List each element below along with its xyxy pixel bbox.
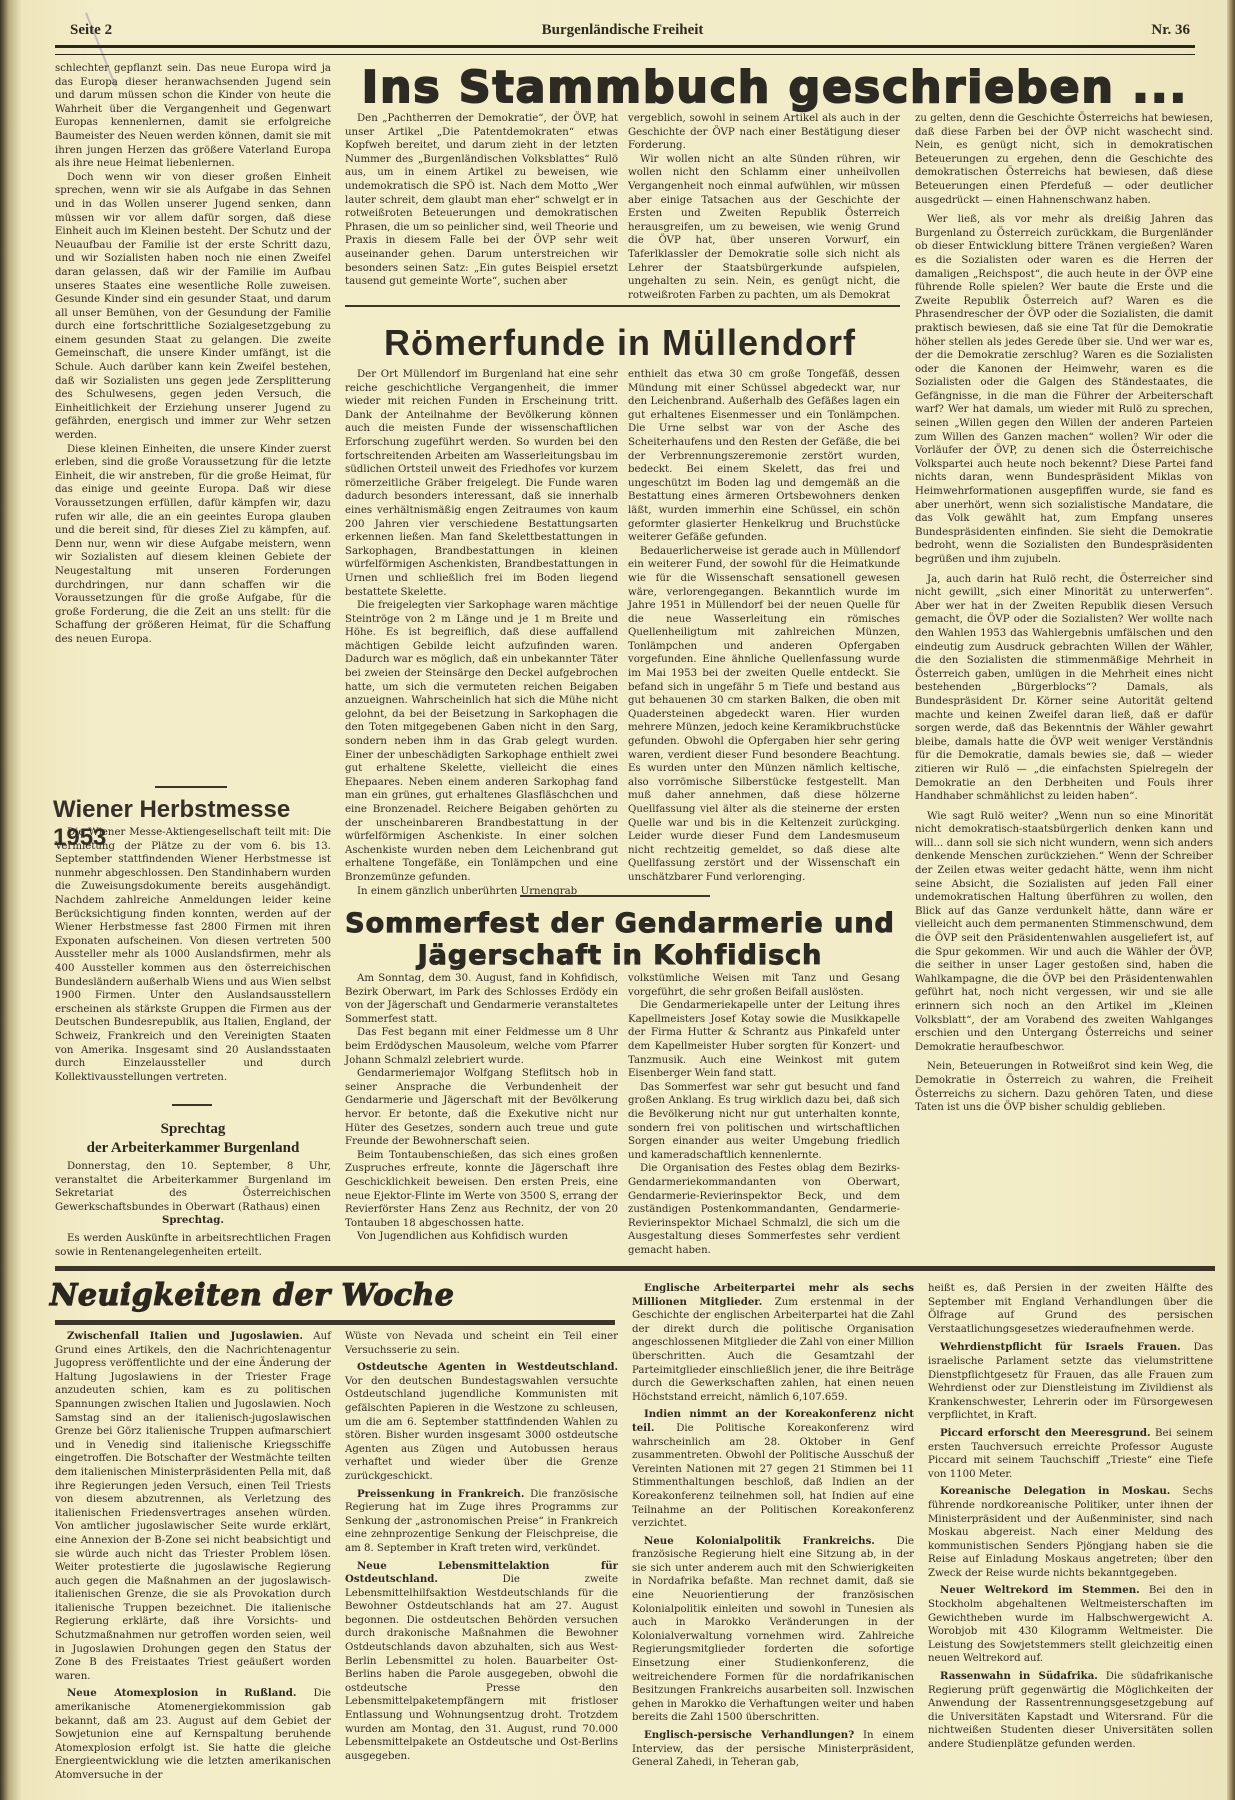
news-item: heißt es, daß Persien in der zweiten Häl… bbox=[928, 1282, 1213, 1336]
separator bbox=[345, 305, 900, 307]
newspaper-title: Burgenländische Freiheit bbox=[55, 22, 1190, 39]
article-paragraph: Den „Pachtherren der Demokratie“, der ÖV… bbox=[345, 112, 618, 289]
article-paragraph: Wir wollen nicht an alte Sünden rühren, … bbox=[628, 153, 900, 303]
roemer-headline: Römerfunde in Müllendorf bbox=[340, 322, 900, 364]
article-paragraph: Wer ließ, als vor mehr als dreißig Jahre… bbox=[915, 213, 1213, 566]
separator bbox=[520, 895, 710, 897]
news-lead: Preissenkung in Frankreich. bbox=[357, 1488, 524, 1500]
article-paragraph: Ja, auch darin hat Rulö recht, die Öster… bbox=[915, 573, 1213, 804]
news-item: Englische Arbeiterpartei mehr als sechs … bbox=[632, 1282, 914, 1404]
news-text: Auf Grund eines Artikels, den die Nachri… bbox=[55, 1331, 331, 1682]
newspaper-page: Seite 2 Burgenländische Freiheit Nr. 36 … bbox=[0, 0, 1235, 1800]
wiener-article: Die Wiener Messe-Aktiengesellschaft teil… bbox=[55, 826, 331, 1084]
article-paragraph: zu gelten, denn die Geschichte Österreic… bbox=[915, 112, 1213, 207]
sprechtag-emphasis: Sprechtag. bbox=[55, 1214, 331, 1228]
article-paragraph: Nein, Beteuerungen in Rotweißrot sind ke… bbox=[915, 1060, 1213, 1114]
news-lead: Englisch-persische Verhandlungen? bbox=[644, 1729, 854, 1741]
news-item: Englisch-persische Verhandlungen? In ein… bbox=[632, 1729, 914, 1770]
masthead-rule bbox=[55, 45, 1195, 55]
news-item: Zwischenfall Italien und Jugoslawien. Au… bbox=[55, 1330, 331, 1683]
binding-edge bbox=[0, 0, 22, 1800]
news-item: Neue Lebensmittelaktion für Ostdeutschla… bbox=[345, 1560, 618, 1764]
news-lead: Zwischenfall Italien und Jugoslawien. bbox=[67, 1330, 303, 1342]
news-text: Wüste von Nevada und scheint ein Teil ei… bbox=[345, 1331, 618, 1356]
news-item: Ostdeutsche Agenten in Westdeutschland. … bbox=[345, 1361, 618, 1483]
news-lead: Neuer Weltrekord im Stemmen. bbox=[940, 1584, 1140, 1596]
news-item: Neue Atomexplosion in Rußland. Die ameri… bbox=[55, 1687, 331, 1782]
separator bbox=[155, 786, 227, 788]
article-paragraph: Es werden Auskünfte in arbeitsrechtliche… bbox=[55, 1232, 331, 1259]
roemer-col-2: enthielt das etwa 30 cm große Tongefäß, … bbox=[628, 368, 900, 885]
news-item: Wüste von Nevada und scheint ein Teil ei… bbox=[345, 1330, 618, 1357]
neuigkeiten-col-3: Englische Arbeiterpartei mehr als sechs … bbox=[632, 1282, 914, 1770]
news-lead: Piccard erforscht den Meeresgrund. bbox=[940, 1427, 1151, 1439]
news-text: Die amerikanische Atomenergiekommission … bbox=[55, 1688, 331, 1781]
article-paragraph: Diese kleinen Einheiten, die unsere Kind… bbox=[55, 443, 331, 647]
article-paragraph: Bedauerlicherweise ist gerade auch in Mü… bbox=[628, 545, 900, 885]
news-item: Koreanische Delegation in Moskau. Sechs … bbox=[928, 1485, 1213, 1580]
section-rule bbox=[55, 1266, 1215, 1271]
article-paragraph: Der Ort Müllendorf im Burgenland hat ein… bbox=[345, 368, 618, 599]
news-text: Die französische Regierung hielt eine Si… bbox=[632, 1536, 914, 1724]
article-paragraph: Die Gendarmeriekapelle unter der Leitung… bbox=[628, 999, 900, 1081]
article-paragraph: Donnerstag, den 10. September, 8 Uhr, ve… bbox=[55, 1160, 331, 1214]
neuigkeiten-col-4: heißt es, daß Persien in der zweiten Häl… bbox=[928, 1282, 1213, 1752]
article-paragraph: enthielt das etwa 30 cm große Tongefäß, … bbox=[628, 368, 900, 545]
article-paragraph: Das Sommerfest war sehr gut besucht und … bbox=[628, 1081, 900, 1163]
roemer-col-1: Der Ort Müllendorf im Burgenland hat ein… bbox=[345, 368, 618, 898]
news-text: Zum erstenmal in der Geschichte der engl… bbox=[632, 1297, 914, 1403]
article-paragraph: Das Fest begann mit einer Feldmesse um 8… bbox=[345, 1026, 618, 1067]
article-paragraph: Beim Tontaubenschießen, das sich eines g… bbox=[345, 1149, 618, 1231]
stammbuch-col-1: Den „Pachtherren der Demokratie“, der ÖV… bbox=[345, 112, 618, 289]
article-paragraph: vergeblich, sowohl in seinem Artikel als… bbox=[628, 112, 900, 153]
neuigkeiten-col-1: Zwischenfall Italien und Jugoslawien. Au… bbox=[55, 1330, 331, 1783]
news-item: Neue Kolonialpolitik Frankreichs. Die fr… bbox=[632, 1535, 914, 1725]
section-rule bbox=[55, 1320, 615, 1325]
europa-article: schlechter gepflanzt sein. Das neue Euro… bbox=[55, 62, 331, 647]
article-paragraph: Wie sagt Rulö weiter? „Wenn nun so eine … bbox=[915, 810, 1213, 1055]
news-text: Die südafrikanische Regierung prüft gege… bbox=[928, 1671, 1213, 1750]
news-lead: Rassenwahn in Südafrika. bbox=[940, 1670, 1098, 1682]
masthead: Seite 2 Burgenländische Freiheit Nr. 36 bbox=[55, 22, 1190, 42]
sprechtag-headline: Sprechtag bbox=[53, 1121, 333, 1138]
news-text: Das israelische Parlament setzte das vie… bbox=[928, 1342, 1213, 1421]
news-lead: Wehrdienstpflicht für Israels Frauen. bbox=[940, 1341, 1181, 1353]
separator bbox=[172, 1104, 212, 1106]
issue-number: Nr. 36 bbox=[1151, 22, 1190, 39]
article-paragraph: Die Organisation des Festes oblag dem Be… bbox=[628, 1162, 900, 1257]
article-paragraph: Die freigelegten vier Sarkophage waren m… bbox=[345, 599, 618, 884]
news-item: Preissenkung in Frankreich. Die französi… bbox=[345, 1488, 618, 1556]
article-paragraph: Gendarmeriemajor Wolfgang Steflitsch hob… bbox=[345, 1067, 618, 1149]
article-paragraph: volkstümliche Weisen mit Tanz und Gesang… bbox=[628, 972, 900, 999]
news-text: heißt es, daß Persien in der zweiten Häl… bbox=[928, 1283, 1213, 1335]
article-paragraph: Am Sonntag, dem 30. August, fand in Kohf… bbox=[345, 972, 618, 1026]
news-item: Neuer Weltrekord im Stemmen. Bei den in … bbox=[928, 1584, 1213, 1666]
stammbuch-col-3: zu gelten, denn die Geschichte Österreic… bbox=[915, 112, 1213, 1115]
neuigkeiten-headline: Neuigkeiten der Woche bbox=[50, 1278, 470, 1313]
sommerfest-col-2: volkstümliche Weisen mit Tanz und Gesang… bbox=[628, 972, 900, 1257]
news-text: Vor den deutschen Bundestagswahlen versu… bbox=[345, 1376, 618, 1482]
neuigkeiten-col-2: Wüste von Nevada und scheint ein Teil ei… bbox=[345, 1330, 618, 1763]
news-lead: Neue Kolonialpolitik Frankreichs. bbox=[644, 1535, 875, 1547]
news-item: Rassenwahn in Südafrika. Die südafrikani… bbox=[928, 1670, 1213, 1752]
stammbuch-headline: Ins Stammbuch geschrieben ... bbox=[340, 62, 1210, 113]
article-paragraph: Die Wiener Messe-Aktiengesellschaft teil… bbox=[55, 826, 331, 1084]
sprechtag-article: Donnerstag, den 10. September, 8 Uhr, ve… bbox=[55, 1160, 331, 1259]
news-text: Die Politische Koreakonferenz wird wahrs… bbox=[632, 1423, 914, 1529]
sommerfest-col-1: Am Sonntag, dem 30. August, fand in Kohf… bbox=[345, 972, 618, 1244]
news-lead: Ostdeutsche Agenten in Westdeutschland. bbox=[357, 1361, 618, 1373]
article-paragraph: Doch wenn wir von dieser großen Einheit … bbox=[55, 171, 331, 443]
sprechtag-subheadline: der Arbeiterkammer Burgenland bbox=[53, 1140, 333, 1157]
news-lead: Neue Atomexplosion in Rußland. bbox=[67, 1687, 296, 1699]
article-paragraph: schlechter gepflanzt sein. Das neue Euro… bbox=[55, 62, 331, 171]
article-paragraph: Von Jugendlichen aus Kohfidisch wurden bbox=[345, 1230, 618, 1244]
stammbuch-col-2: vergeblich, sowohl in seinem Artikel als… bbox=[628, 112, 900, 302]
sommerfest-headline: Sommerfest der Gendarmerie und Jägerscha… bbox=[340, 908, 900, 972]
page-edge bbox=[1227, 0, 1235, 1800]
news-text: Die zweite Lebensmittelhilfsaktion Westd… bbox=[345, 1574, 618, 1762]
news-text: Bei den in Stockholm abgehaltenen Weltme… bbox=[928, 1585, 1213, 1664]
news-lead: Koreanische Delegation in Moskau. bbox=[940, 1485, 1170, 1497]
news-item: Wehrdienstpflicht für Israels Frauen. Da… bbox=[928, 1341, 1213, 1423]
news-item: Indien nimmt an der Koreakonferenz nicht… bbox=[632, 1408, 914, 1530]
news-text: Sechs führende nordkoreanische Politiker… bbox=[928, 1486, 1213, 1579]
news-item: Piccard erforscht den Meeresgrund. Bei s… bbox=[928, 1427, 1213, 1481]
